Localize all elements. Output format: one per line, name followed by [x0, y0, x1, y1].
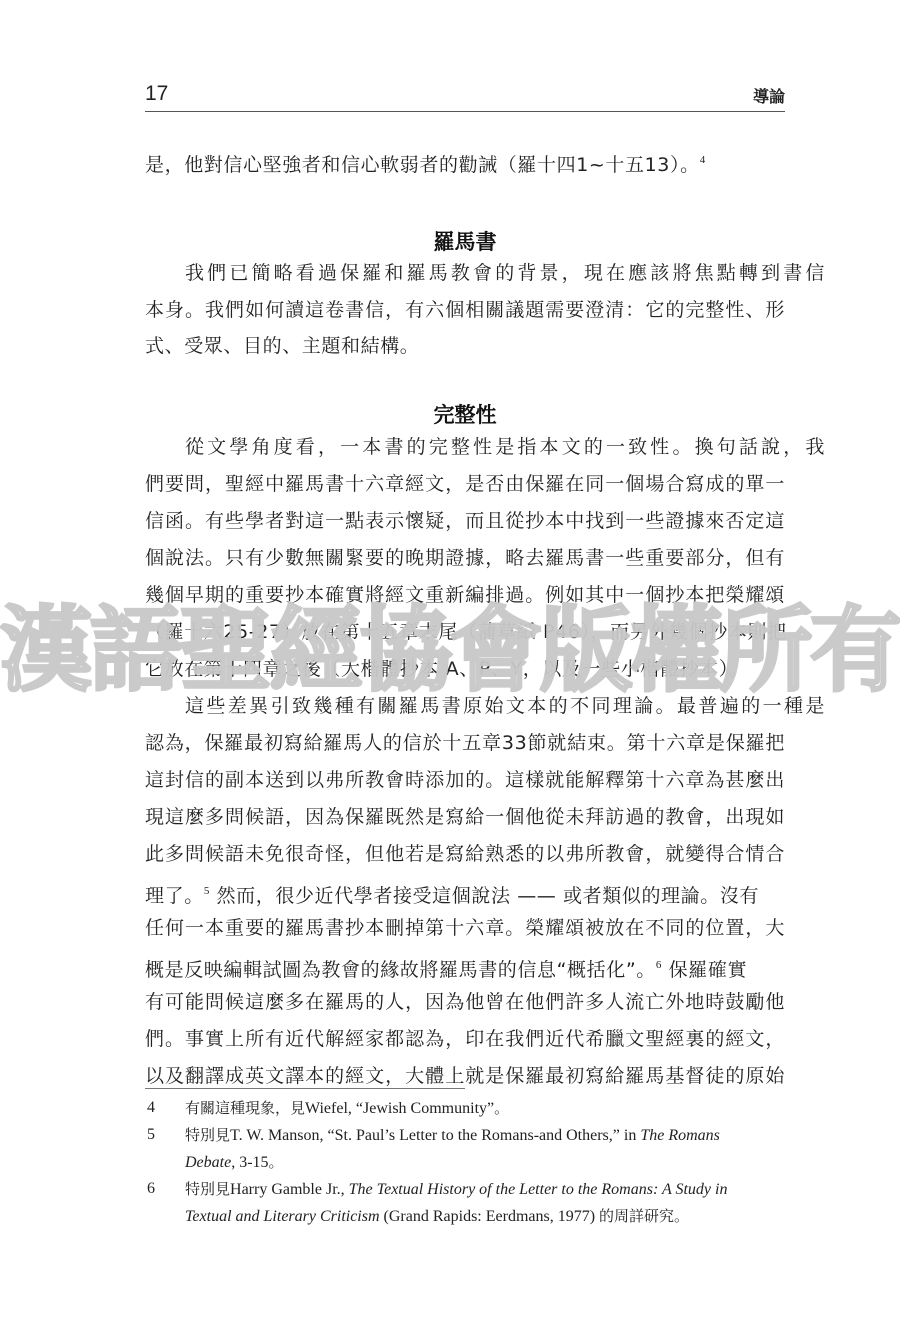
- paragraph-line-fn6: 概是反映編輯試圖為教會的緣故將羅馬書的信息“概括化”。6 保羅確實: [145, 952, 785, 983]
- fn-citation: Wiefel, “Jewish Community”: [305, 1100, 494, 1117]
- footnote-6: 6 特別見Harry Gamble Jr., The Textual Histo…: [145, 1176, 785, 1230]
- paragraph-line: 我們已簡略看過保羅和羅馬教會的背景，現在應該將焦點轉到書信: [145, 260, 825, 286]
- paragraph-line: 式、受眾、目的、主題和結構。: [145, 333, 785, 359]
- fn-title: Debate: [185, 1154, 231, 1171]
- footnote-ref-4[interactable]: 4: [700, 154, 706, 166]
- intro-line: 是，他對信心堅強者和信心軟弱者的勸誡（羅十四1~十五13）。4: [145, 147, 785, 178]
- footnote-text: 有關這種現象，見Wiefel, “Jewish Community”。: [185, 1095, 785, 1122]
- paragraph-line: 本身。我們如何讀這卷書信，有六個相關議題需要澄清：它的完整性、形: [145, 297, 785, 323]
- paragraph-line: 它放在第十四章之後（大楷體抄本 A、P、Y，以及一些小楷體抄本）。: [145, 656, 785, 682]
- text-segment: 然而，很少近代學者接受這個說法 —— 或者類似的理論。沒有: [210, 885, 759, 907]
- paragraph-line: 認為，保羅最初寫給羅馬人的信於十五章33節就結束。第十六章是保羅把: [145, 730, 785, 756]
- running-head: 導論: [753, 84, 785, 107]
- paragraph-line: 有可能問候這麼多在羅馬的人，因為他曾在他們許多人流亡外地時鼓勵他: [145, 989, 785, 1015]
- footnote-text: 特別見Harry Gamble Jr., The Textual History…: [185, 1176, 785, 1230]
- text-segment: 保羅確實: [662, 959, 747, 981]
- paragraph-line: 這些差異引致幾種有關羅馬書原始文本的不同理論。最普遍的一種是: [145, 693, 825, 719]
- text-segment: 概是反映編輯試圖為教會的緣故將羅馬書的信息“概括化”。: [145, 959, 656, 981]
- fn-title: The Romans: [640, 1127, 720, 1144]
- fn-citation: T. W. Manson, “St. Paul’s Letter to the …: [230, 1127, 640, 1144]
- intro-text: 是，他對信心堅強者和信心軟弱者的勸誡（羅十四1~十五13）。: [145, 154, 700, 176]
- fn-cjk: 的周詳研究。: [599, 1207, 689, 1225]
- paragraph-line-fn5: 理了。5 然而，很少近代學者接受這個說法 —— 或者類似的理論。沒有: [145, 878, 785, 909]
- paragraph-line: 信函。有些學者對這一點表示懷疑，而且從抄本中找到一些證據來否定這: [145, 508, 785, 534]
- fn-citation: , 3-15: [231, 1154, 268, 1171]
- fn-title: Textual and Literary Criticism: [185, 1208, 380, 1225]
- text-segment: 理了。: [145, 885, 204, 907]
- section-title-romans: 羅馬書: [145, 226, 785, 256]
- paragraph-line: 從文學角度看，一本書的完整性是指本文的一致性。換句話說，我: [145, 434, 825, 460]
- header-rule: [145, 111, 785, 112]
- fn-citation: (Grand Rapids: Eerdmans, 1977): [380, 1208, 600, 1225]
- fn-citation: Harry Gamble Jr.,: [230, 1181, 349, 1198]
- footnote-text: 特別見T. W. Manson, “St. Paul’s Letter to t…: [185, 1122, 785, 1176]
- paragraph-line: 們。事實上所有近代解經家都認為，印在我們近代希臘文聖經裏的經文，: [145, 1026, 785, 1052]
- footnote-number: 6: [147, 1176, 155, 1202]
- fn-cjk: 。: [494, 1099, 509, 1117]
- paragraph-line: 此多問候語未免很奇怪，但他若是寫給熟悉的以弗所教會，就變得合情合: [145, 841, 785, 867]
- paragraph-line: （羅十六25-27）放在第十五章末尾（蒲草紙 P46），而另外幾個抄本則把: [145, 619, 785, 645]
- section-title-integrity: 完整性: [145, 399, 785, 429]
- page-number: 17: [145, 82, 168, 106]
- footnote-rule: [145, 1088, 465, 1089]
- copyright-watermark: 漢語聖經協會版權所有: [0, 598, 900, 703]
- fn-cjk: 特別見: [185, 1180, 230, 1198]
- footnote-5: 5 特別見T. W. Manson, “St. Paul’s Letter to…: [145, 1122, 785, 1176]
- paragraph-line: 幾個早期的重要抄本確實將經文重新編排過。例如其中一個抄本把榮耀頌: [145, 582, 785, 608]
- paragraph-line: 個說法。只有少數無關緊要的晚期證據，略去羅馬書一些重要部分，但有: [145, 545, 785, 571]
- book-page: 17 導論 是，他對信心堅強者和信心軟弱者的勸誡（羅十四1~十五13）。4 羅馬…: [0, 0, 900, 1324]
- fn-cjk: 。: [269, 1153, 284, 1171]
- fn-cjk: 有關這種現象，見: [185, 1099, 305, 1117]
- footnote-number: 5: [147, 1122, 155, 1148]
- page-header: 17 導論: [145, 82, 785, 112]
- footnote-number: 4: [147, 1095, 155, 1121]
- fn-title: The Textual History of the Letter to the…: [349, 1181, 728, 1198]
- fn-cjk: 特別見: [185, 1126, 230, 1144]
- paragraph-line: 們要問，聖經中羅馬書十六章經文，是否由保羅在同一個場合寫成的單一: [145, 471, 785, 497]
- paragraph-line: 以及翻譯成英文譯本的經文，大體上就是保羅最初寫給羅馬基督徒的原始: [145, 1063, 785, 1089]
- paragraph-line: 這封信的副本送到以弗所教會時添加的。這樣就能解釋第十六章為甚麼出: [145, 767, 785, 793]
- paragraph-line: 任何一本重要的羅馬書抄本刪掉第十六章。榮耀頌被放在不同的位置，大: [145, 915, 785, 941]
- paragraph-line: 現這麼多問候語，因為保羅既然是寫給一個他從未拜訪過的教會，出現如: [145, 804, 785, 830]
